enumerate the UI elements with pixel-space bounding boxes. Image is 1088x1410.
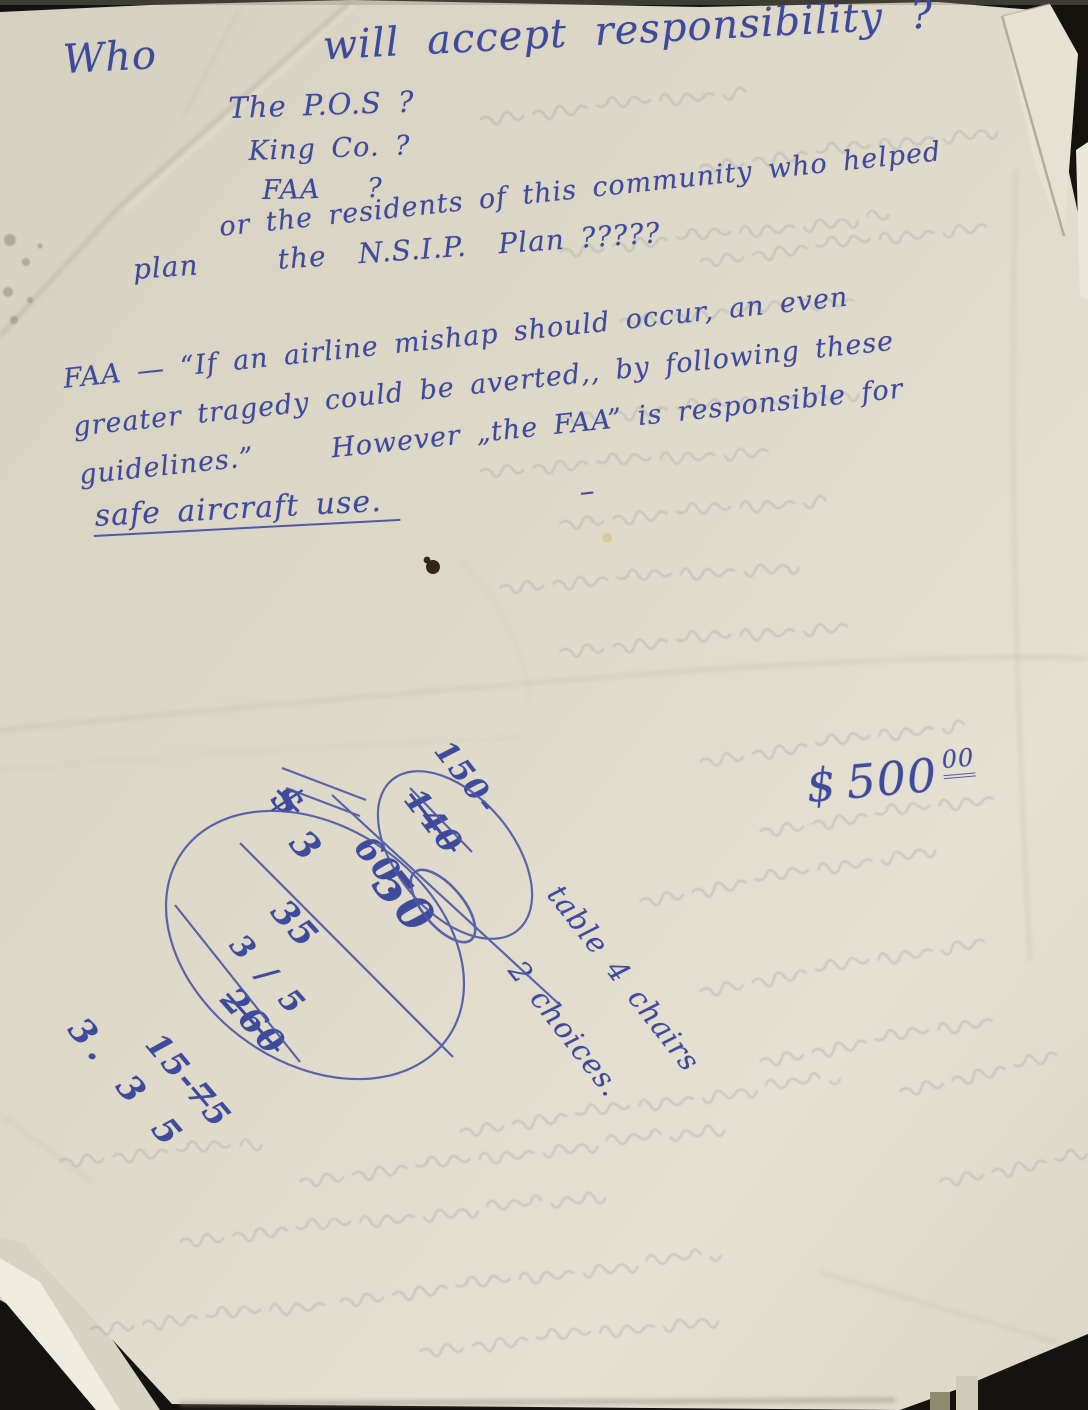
price-amount: 500 [844, 748, 939, 810]
question-king-county: King Co. ? [248, 132, 411, 165]
question-pos: The P.O.S ? [228, 88, 415, 123]
price-cents: 00 [941, 744, 976, 780]
price-500: $50000 [714, 700, 981, 863]
stray-dash: – [578, 476, 597, 508]
dollar-sign: $ [804, 757, 839, 813]
scanned-handwritten-note: Who will accept responsibility ? The P.O… [0, 0, 1088, 1410]
